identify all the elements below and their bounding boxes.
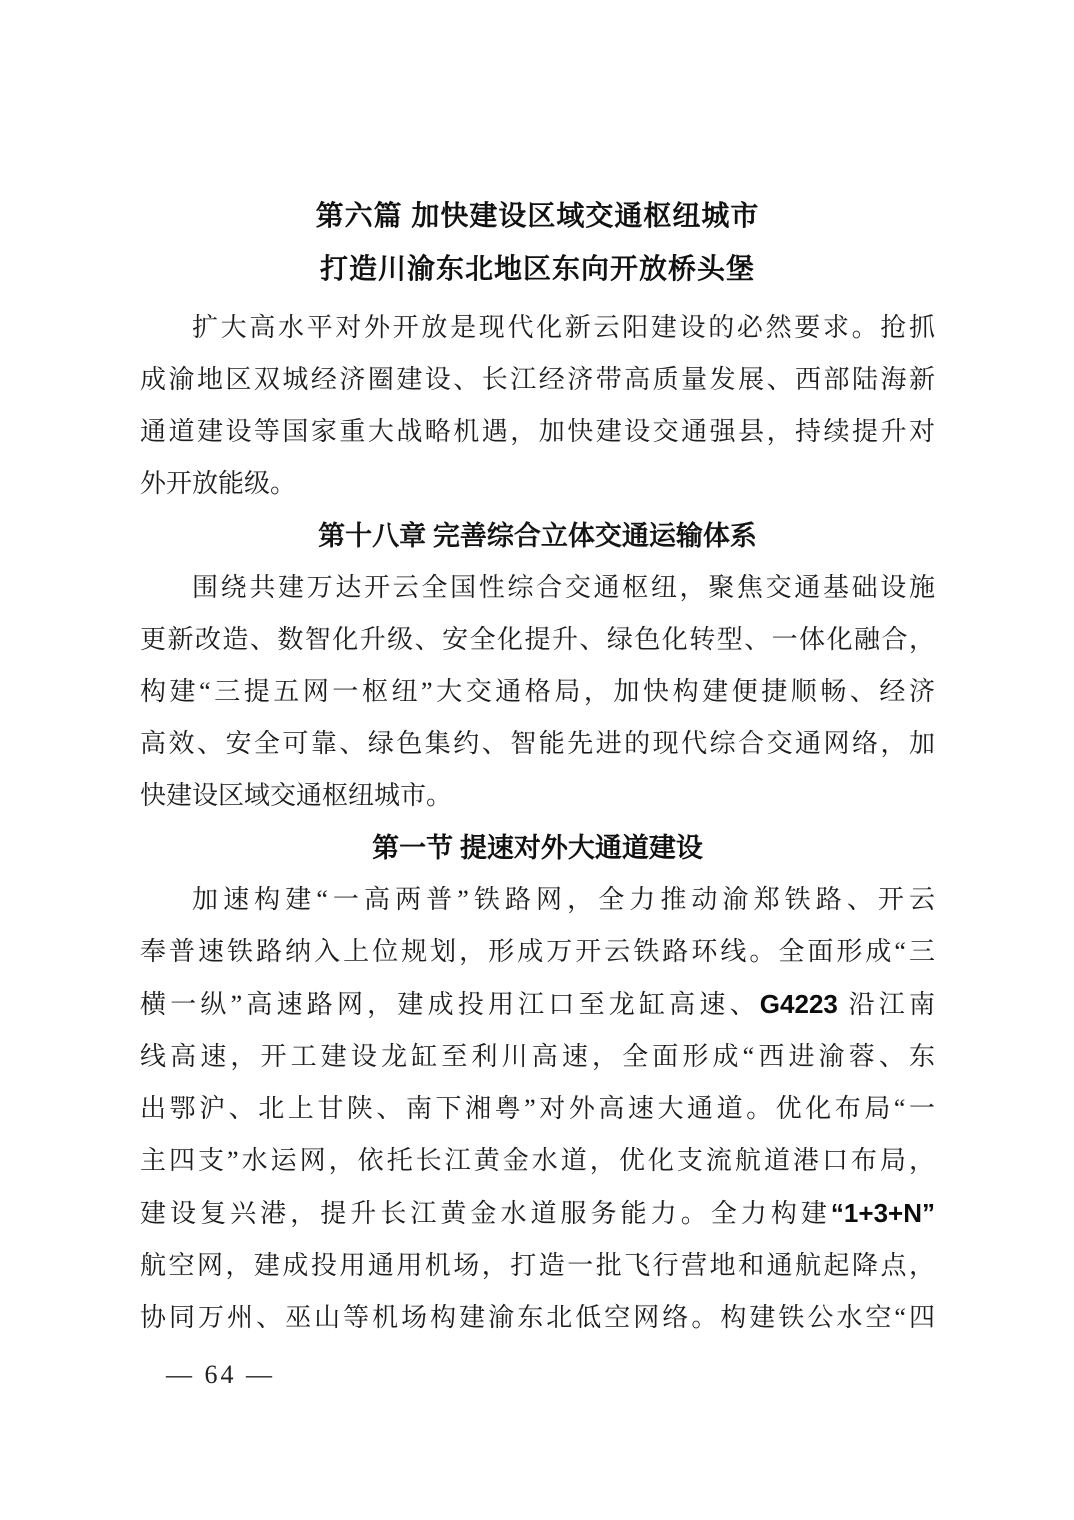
text-line: 围绕共建万达开云全国性综合交通枢纽，聚焦交通基础设施 <box>140 562 935 614</box>
section-heading: 第一节 提速对外大通道建设 <box>140 822 935 874</box>
paragraph-3: 加速构建“一高两普”铁路网，全力推动渝郑铁路、开云 奉普速铁路纳入上位规划，形成… <box>140 874 935 1344</box>
text-line: 通道建设等国家重大战略机遇，加快建设交通强县，持续提升对 <box>140 406 935 458</box>
text-line: 构建“三提五网一枢纽”大交通格局，加快构建便捷顺畅、经济 <box>140 666 935 718</box>
chapter-heading: 第十八章 完善综合立体交通运输体系 <box>140 510 935 562</box>
text-line: 高效、安全可靠、绿色集约、智能先进的现代综合交通网络，加 <box>140 718 935 770</box>
text-line: 扩大高水平对外开放是现代化新云阳建设的必然要求。抢抓 <box>140 302 935 354</box>
text-line: 奉普速铁路纳入上位规划，形成万开云铁路环线。全面形成“三 <box>140 926 935 978</box>
paragraph-2: 围绕共建万达开云全国性综合交通枢纽，聚焦交通基础设施 更新改造、数智化升级、安全… <box>140 562 935 822</box>
part-title-line-1: 第六篇 加快建设区域交通枢纽城市 <box>140 189 935 242</box>
text-line: 线高速，开工建设龙缸至利川高速，全面形成“西进渝蓉、东 <box>140 1031 935 1083</box>
text-line: 横一纵”高速路网，建成投用江口至龙缸高速、G4223 沿江南 <box>140 978 935 1031</box>
text-line: 快建设区域交通枢纽城市。 <box>140 770 935 822</box>
text-segment: 横一纵”高速路网，建成投用江口至龙缸高速、 <box>140 990 760 1019</box>
paragraph-1: 扩大高水平对外开放是现代化新云阳建设的必然要求。抢抓 成渝地区双城经济圈建设、长… <box>140 302 935 510</box>
aviation-network-code: “1+3+N” <box>831 1198 935 1228</box>
text-line: 更新改造、数智化升级、安全化提升、绿色化转型、一体化融合， <box>140 614 935 666</box>
text-segment: 沿江南 <box>838 990 935 1019</box>
document-page: 第六篇 加快建设区域交通枢纽城市 打造川渝东北地区东向开放桥头堡 扩大高水平对外… <box>0 0 1074 1520</box>
text-line: 建设复兴港，提升长江黄金水道服务能力。全力构建“1+3+N” <box>140 1187 935 1240</box>
highway-code: G4223 <box>760 989 838 1019</box>
text-line: 航空网，建成投用通用机场，打造一批飞行营地和通航起降点， <box>140 1240 935 1292</box>
text-line: 出鄂沪、北上甘陕、南下湘粤”对外高速大通道。优化布局“一 <box>140 1083 935 1135</box>
part-title-line-2: 打造川渝东北地区东向开放桥头堡 <box>140 242 935 295</box>
text-block: 第六篇 加快建设区域交通枢纽城市 打造川渝东北地区东向开放桥头堡 扩大高水平对外… <box>140 189 935 1344</box>
text-line: 成渝地区双城经济圈建设、长江经济带高质量发展、西部陆海新 <box>140 354 935 406</box>
page-number: — 64 — <box>166 1349 275 1401</box>
text-line: 外开放能级。 <box>140 458 935 510</box>
text-line: 加速构建“一高两普”铁路网，全力推动渝郑铁路、开云 <box>140 874 935 926</box>
text-segment: 建设复兴港，提升长江黄金水道服务能力。全力构建 <box>140 1199 831 1228</box>
text-line: 主四支”水运网，依托长江黄金水道，优化支流航道港口布局， <box>140 1135 935 1187</box>
spacer <box>140 295 935 302</box>
text-line: 协同万州、巫山等机场构建渝东北低空网络。构建铁公水空“四 <box>140 1292 935 1344</box>
